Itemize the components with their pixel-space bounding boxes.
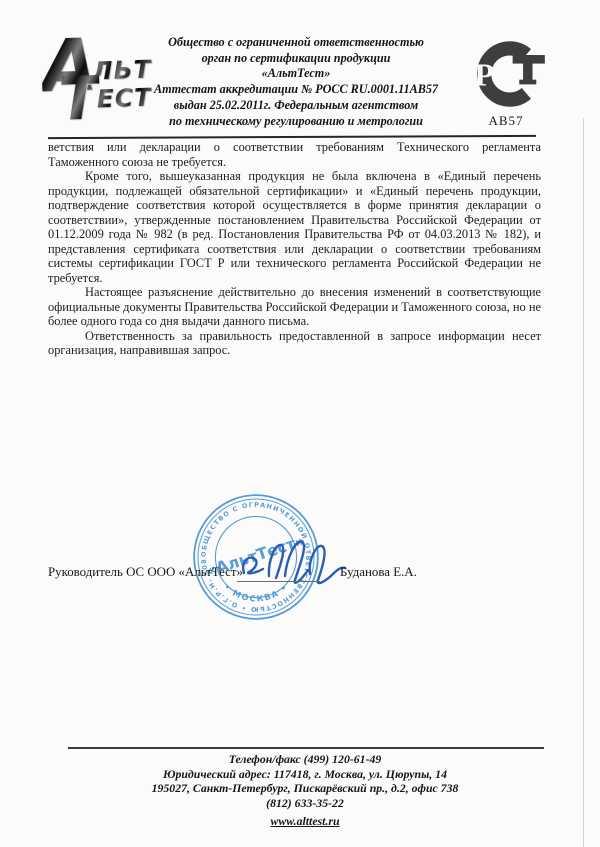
signature-line	[237, 581, 320, 582]
website-url: www.alttest.ru	[270, 814, 339, 829]
rst-letter-p: Р	[474, 56, 494, 92]
footer-divider	[68, 747, 544, 749]
org-line: орган по сертификации продукции	[148, 51, 444, 67]
footer-spb-phone: (812) 633-35-22	[55, 796, 555, 811]
paragraph: Настоящее разъяснение действительно до в…	[48, 285, 541, 329]
logo-letter: Т	[58, 68, 101, 129]
logo-letters: ЕСТ	[96, 85, 152, 112]
footer-spb-address: 195027, Санкт-Петербург, Пискарёвский пр…	[55, 781, 555, 796]
header-divider	[48, 135, 536, 140]
rst-certification-mark-icon: Р	[458, 38, 554, 110]
footer-phone: Телефон/факс (499) 120-61-49	[55, 752, 555, 767]
rst-mark-code: АВ57	[458, 113, 554, 129]
org-line: Общество с ограниченной ответственностью	[148, 35, 444, 51]
org-name: «АльтТест»	[148, 66, 444, 82]
rst-mark-block: Р АВ57	[458, 38, 554, 129]
paragraph: ветствия или декларации о соответствии т…	[48, 140, 541, 169]
footer-contacts: Телефон/факс (499) 120-61-49 Юридический…	[55, 752, 555, 829]
signature-scrawl	[236, 531, 348, 593]
signatory-name: Буданова Е.А.	[340, 565, 417, 580]
paragraph: Ответственность за правильность предоста…	[48, 329, 541, 358]
accreditation-line: выдан 25.02.2011г. Федеральным агентство…	[148, 98, 444, 114]
footer-legal-address: Юридический адрес: 117418, г. Москва, ул…	[55, 767, 555, 782]
paragraph: Кроме того, вышеуказанная продукция не б…	[48, 169, 541, 285]
scan-edge-line	[583, 118, 584, 847]
accreditation-line: Аттестат аккредитации № РОСС RU.0001.11А…	[148, 82, 444, 98]
org-header-block: Общество с ограниченной ответственностью…	[148, 35, 444, 129]
letter-body: ветствия или декларации о соответствии т…	[48, 140, 541, 358]
logo-letters: ЛЬТ	[91, 57, 152, 84]
scanned-letter-page: А ЛЬТ Т ЕСТ Общество с ограниченной отве…	[0, 0, 600, 847]
accreditation-line: по техническому регулированию и метролог…	[148, 114, 444, 130]
signatory-role: Руководитель ОС ООО «АльтТест»	[48, 565, 243, 580]
